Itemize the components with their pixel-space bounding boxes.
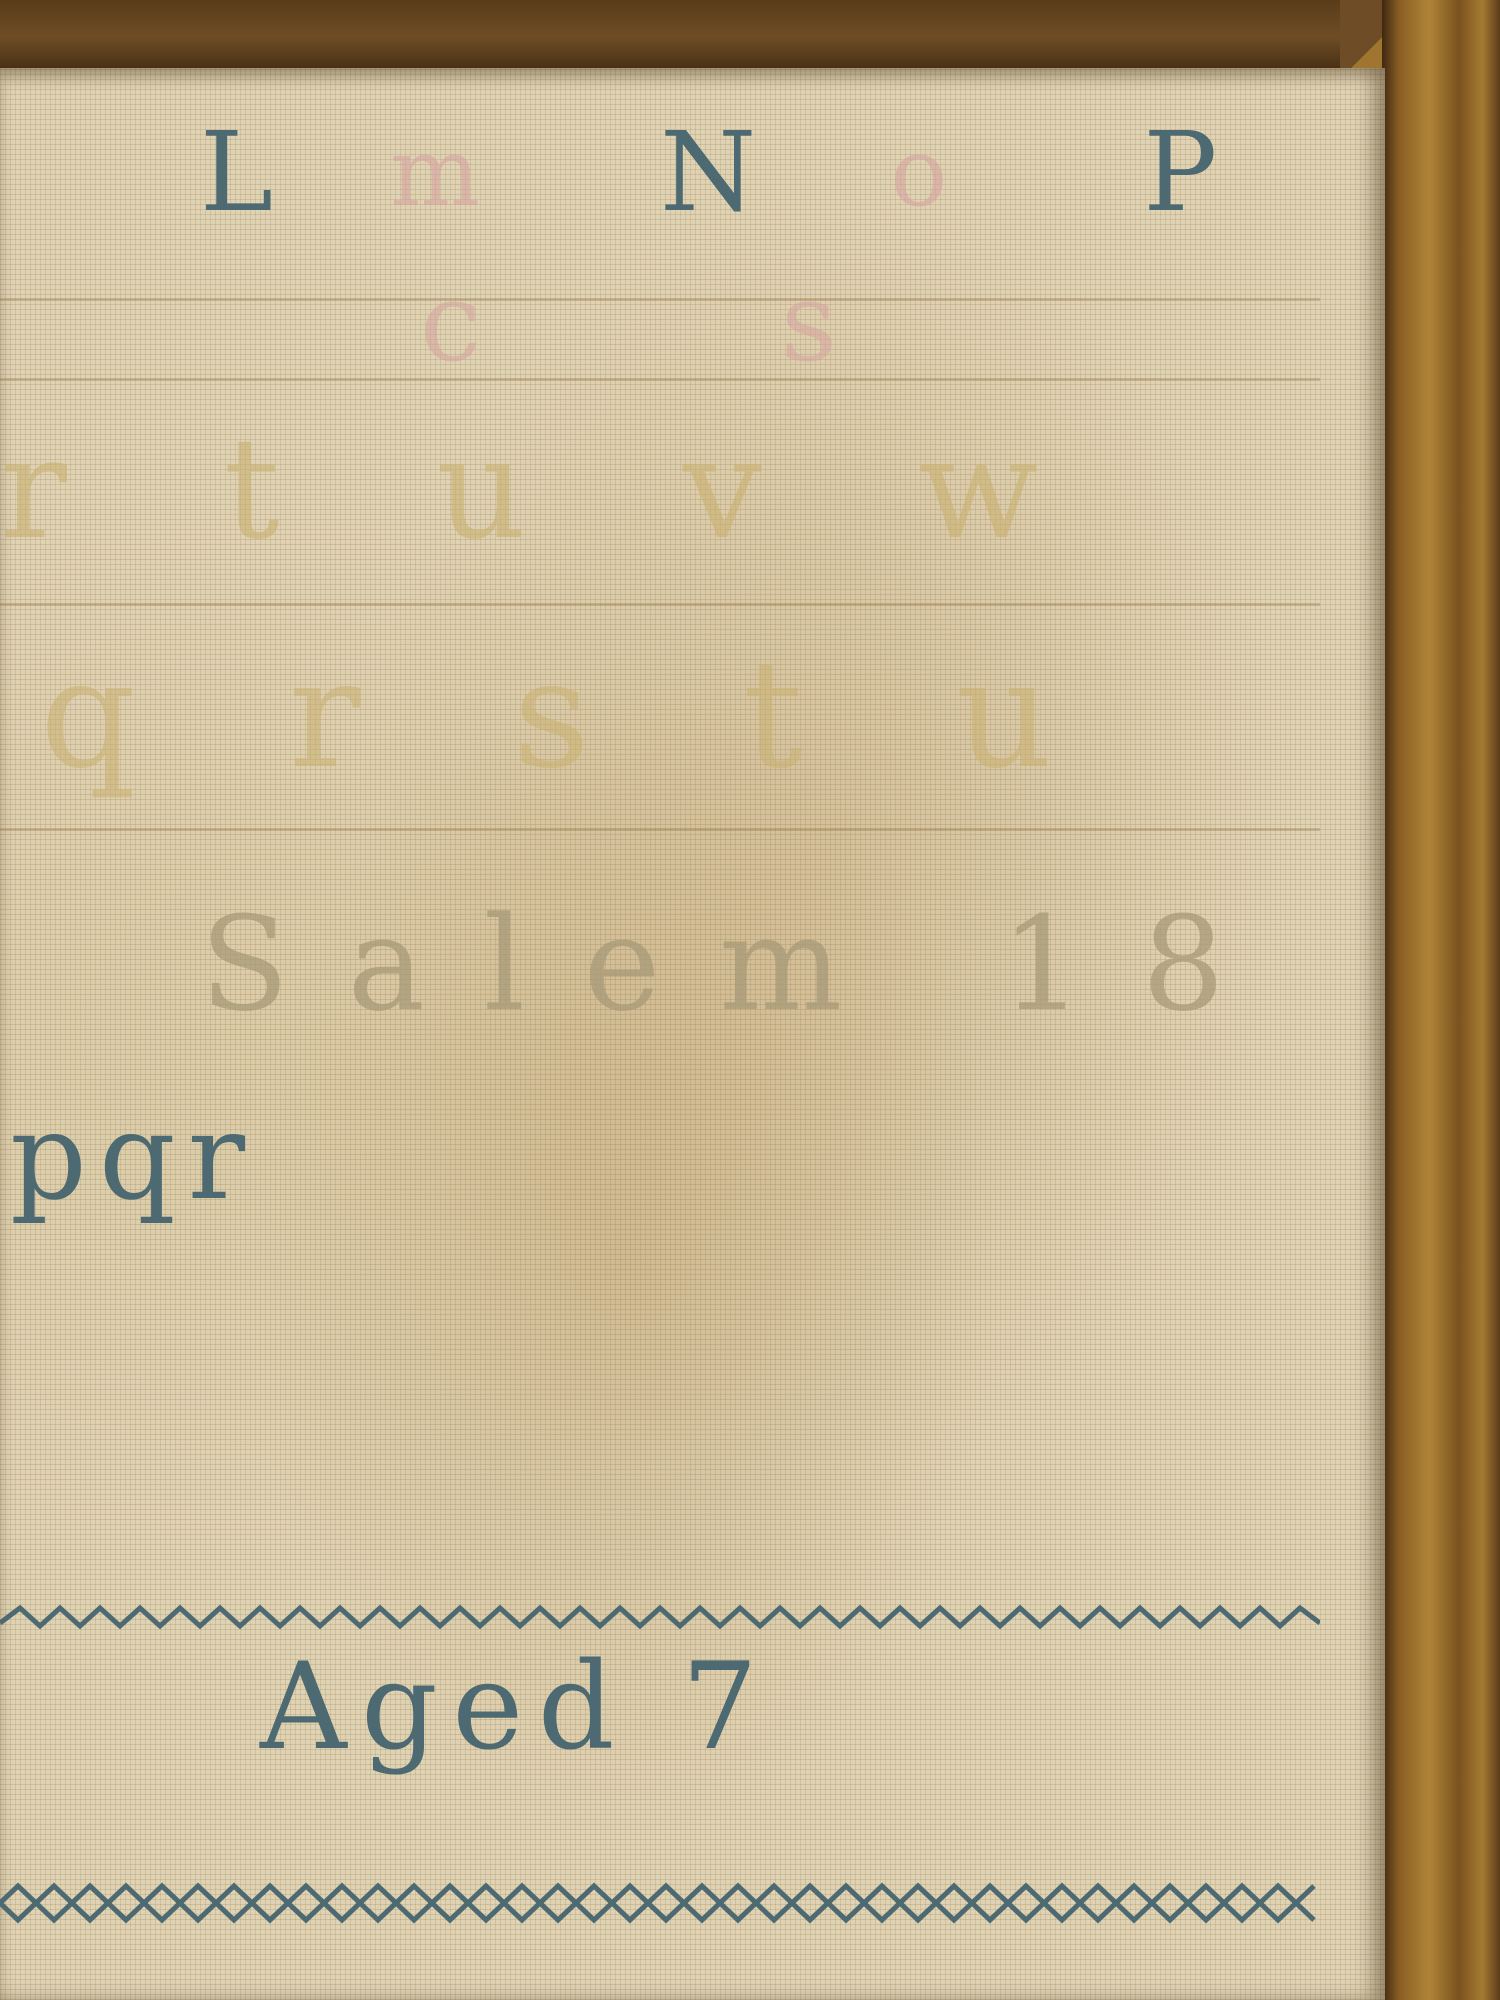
linen-sampler: L N P m o c s r t u v w q r s t u Salem … (0, 68, 1385, 2000)
stitched-pink-letters-row-1: m o (390, 118, 1137, 228)
stitched-alphabet-pqr: pqr (10, 1088, 257, 1227)
row-divider (0, 603, 1320, 606)
stitched-yellow-row-4: q r s t u (40, 628, 1105, 802)
stitched-pink-row-2: c s (420, 258, 969, 386)
frame-top-edge (0, 0, 1500, 68)
stitched-age-text: Aged 7 (260, 1638, 772, 1777)
stitched-name-place-row: Salem 18 (200, 888, 1283, 1040)
diamond-border-stitch (0, 1878, 1320, 1928)
row-divider (0, 828, 1320, 831)
stitched-yellow-row-3: r t u v w (0, 408, 1094, 571)
zigzag-border-stitch (0, 1598, 1320, 1638)
frame-right-edge (1382, 0, 1500, 2000)
